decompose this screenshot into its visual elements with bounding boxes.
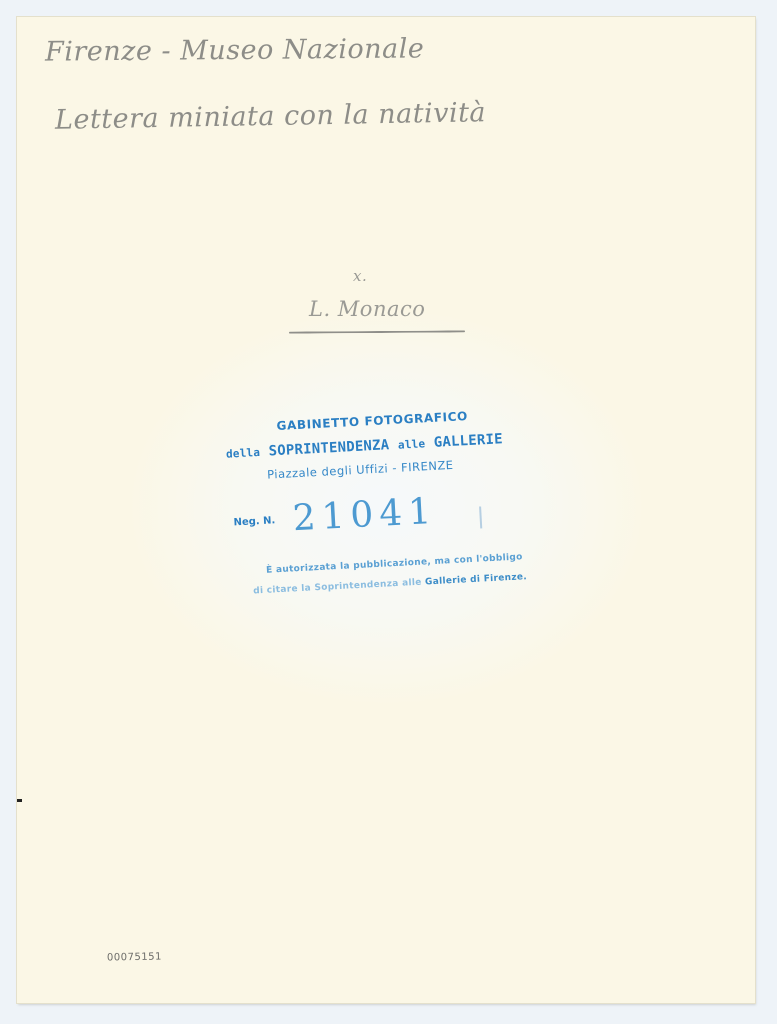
archive-stamp: GABINETTO FOTOGRAFICO della SOPRINTENDEN… [224,399,564,616]
stamp-tick-mark [479,506,482,528]
handwritten-mark: x. [353,267,367,285]
photo-verso-paper: Firenze - Museo Nazionale Lettera miniat… [17,17,755,1003]
attribution-underline [289,330,465,333]
stamp-gallerie: GALLERIE [433,431,503,451]
stamp-address: Piazzale degli Uffizi - FIRENZE [267,458,454,482]
handwritten-attribution: L. Monaco [309,297,425,321]
stamp-line-gabinetto: GABINETTO FOTOGRAFICO [276,409,468,433]
stamp-alle: alle [398,437,426,451]
stamp-line-soprintendenza: della SOPRINTENDENZA alle GALLERIE [226,431,504,461]
stamp-notice-faint: di citare la Soprintendenza alle [253,578,422,597]
dust-speck [17,799,22,802]
stamp-notice-line2: di citare la Soprintendenza alle Galleri… [253,572,527,596]
stamp-della: della [226,446,261,461]
handwritten-location: Firenze - Museo Nazionale [45,33,425,67]
stamp-negative-label: Neg. N. [233,515,275,528]
stamp-soprintendenza: SOPRINTENDENZA [268,437,389,459]
handwritten-subject: Lettera miniata con la natività [55,97,487,136]
stamp-negative-number: 21041 [292,491,438,540]
stamp-notice-line1: È autorizzata la pubblicazione, ma con l… [266,552,523,575]
stamp-negative-row: Neg. N. 21041 [232,491,438,543]
inventory-number: 00075151 [107,952,162,964]
stamp-notice-strong: Gallerie di Firenze. [425,572,527,587]
